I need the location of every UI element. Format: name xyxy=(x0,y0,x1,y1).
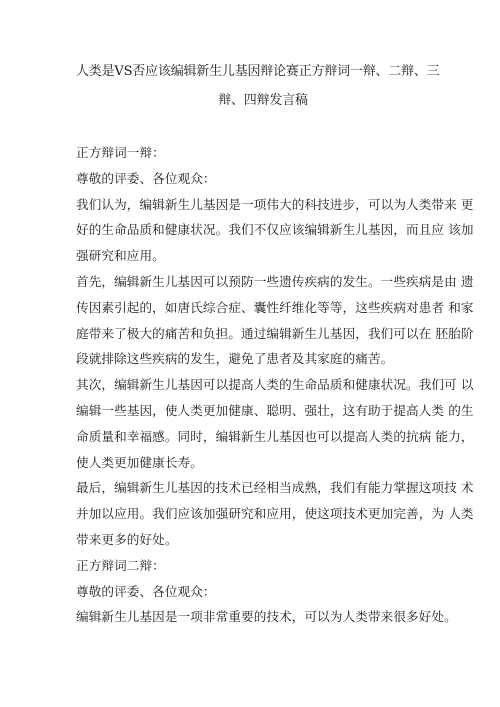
text-line: 其次，编辑新生儿基因可以提高人类的生命品质和健康状况。我们可 以 xyxy=(76,377,438,403)
document-title-line-2: 辩、四辩发言稿 xyxy=(76,93,436,109)
salutation: 尊敬的评委、各位观众： xyxy=(76,584,438,610)
text-line: 命质量和幸福感。同时，编辑新生儿基因也可以提高人类的抗病 能力， xyxy=(76,429,438,455)
text-line: 使人类更加健康长寿。 xyxy=(76,455,438,481)
text-line: 庭带来了极大的痛苦和负担。通过编辑新生儿基因，我们可以在 胚胎阶 xyxy=(76,326,438,352)
text-line: 最后，编辑新生儿基因的技术已经相当成熟，我们有能力掌握这项技 术 xyxy=(76,480,438,506)
text-line: 首先，编辑新生儿基因可以预防一些遗传疾病的发生。一些疾病是由 遗 xyxy=(76,274,438,300)
document-title-line-1: 人类是VS否应该编辑新生儿基因辩论赛正方辩词一辩、二辩、三 xyxy=(76,64,436,80)
text-line: 好的生命品质和健康状况。我们不仅应该编辑新生儿基因，而且应 该加 xyxy=(76,222,438,248)
text-line: 强研究和应用。 xyxy=(76,248,438,274)
text-line: 带来更多的好处。 xyxy=(76,532,438,558)
text-line: 编辑一些基因，使人类更加健康、聪明、强壮，这有助于提高人类 的生 xyxy=(76,403,438,429)
text-line: 编辑新生儿基因是一项非常重要的技术，可以为人类带来很多好处。 xyxy=(76,609,438,635)
heading-second-debater: 正方辩词二辩： xyxy=(76,558,438,584)
text-line: 传因素引起的，如唐氏综合症、囊性纤维化等等，这些疾病对患者 和家 xyxy=(76,300,438,326)
text-line: 并加以应用。我们应该加强研究和应用，使这项技术更加完善，为 人类 xyxy=(76,506,438,532)
document-body: 正方辩词一辩： 尊敬的评委、各位观众： 我们认为，编辑新生儿基因是一项伟大的科技… xyxy=(76,145,438,635)
heading-first-debater: 正方辩词一辩： xyxy=(76,145,438,171)
salutation: 尊敬的评委、各位观众： xyxy=(76,171,438,197)
text-line: 段就排除这些疾病的发生，避免了患者及其家庭的痛苦。 xyxy=(76,351,438,377)
document-page: 人类是VS否应该编辑新生儿基因辩论赛正方辩词一辩、二辩、三 辩、四辩发言稿 正方… xyxy=(0,0,500,707)
text-line: 我们认为，编辑新生儿基因是一项伟大的科技进步，可以为人类带来 更 xyxy=(76,197,438,223)
